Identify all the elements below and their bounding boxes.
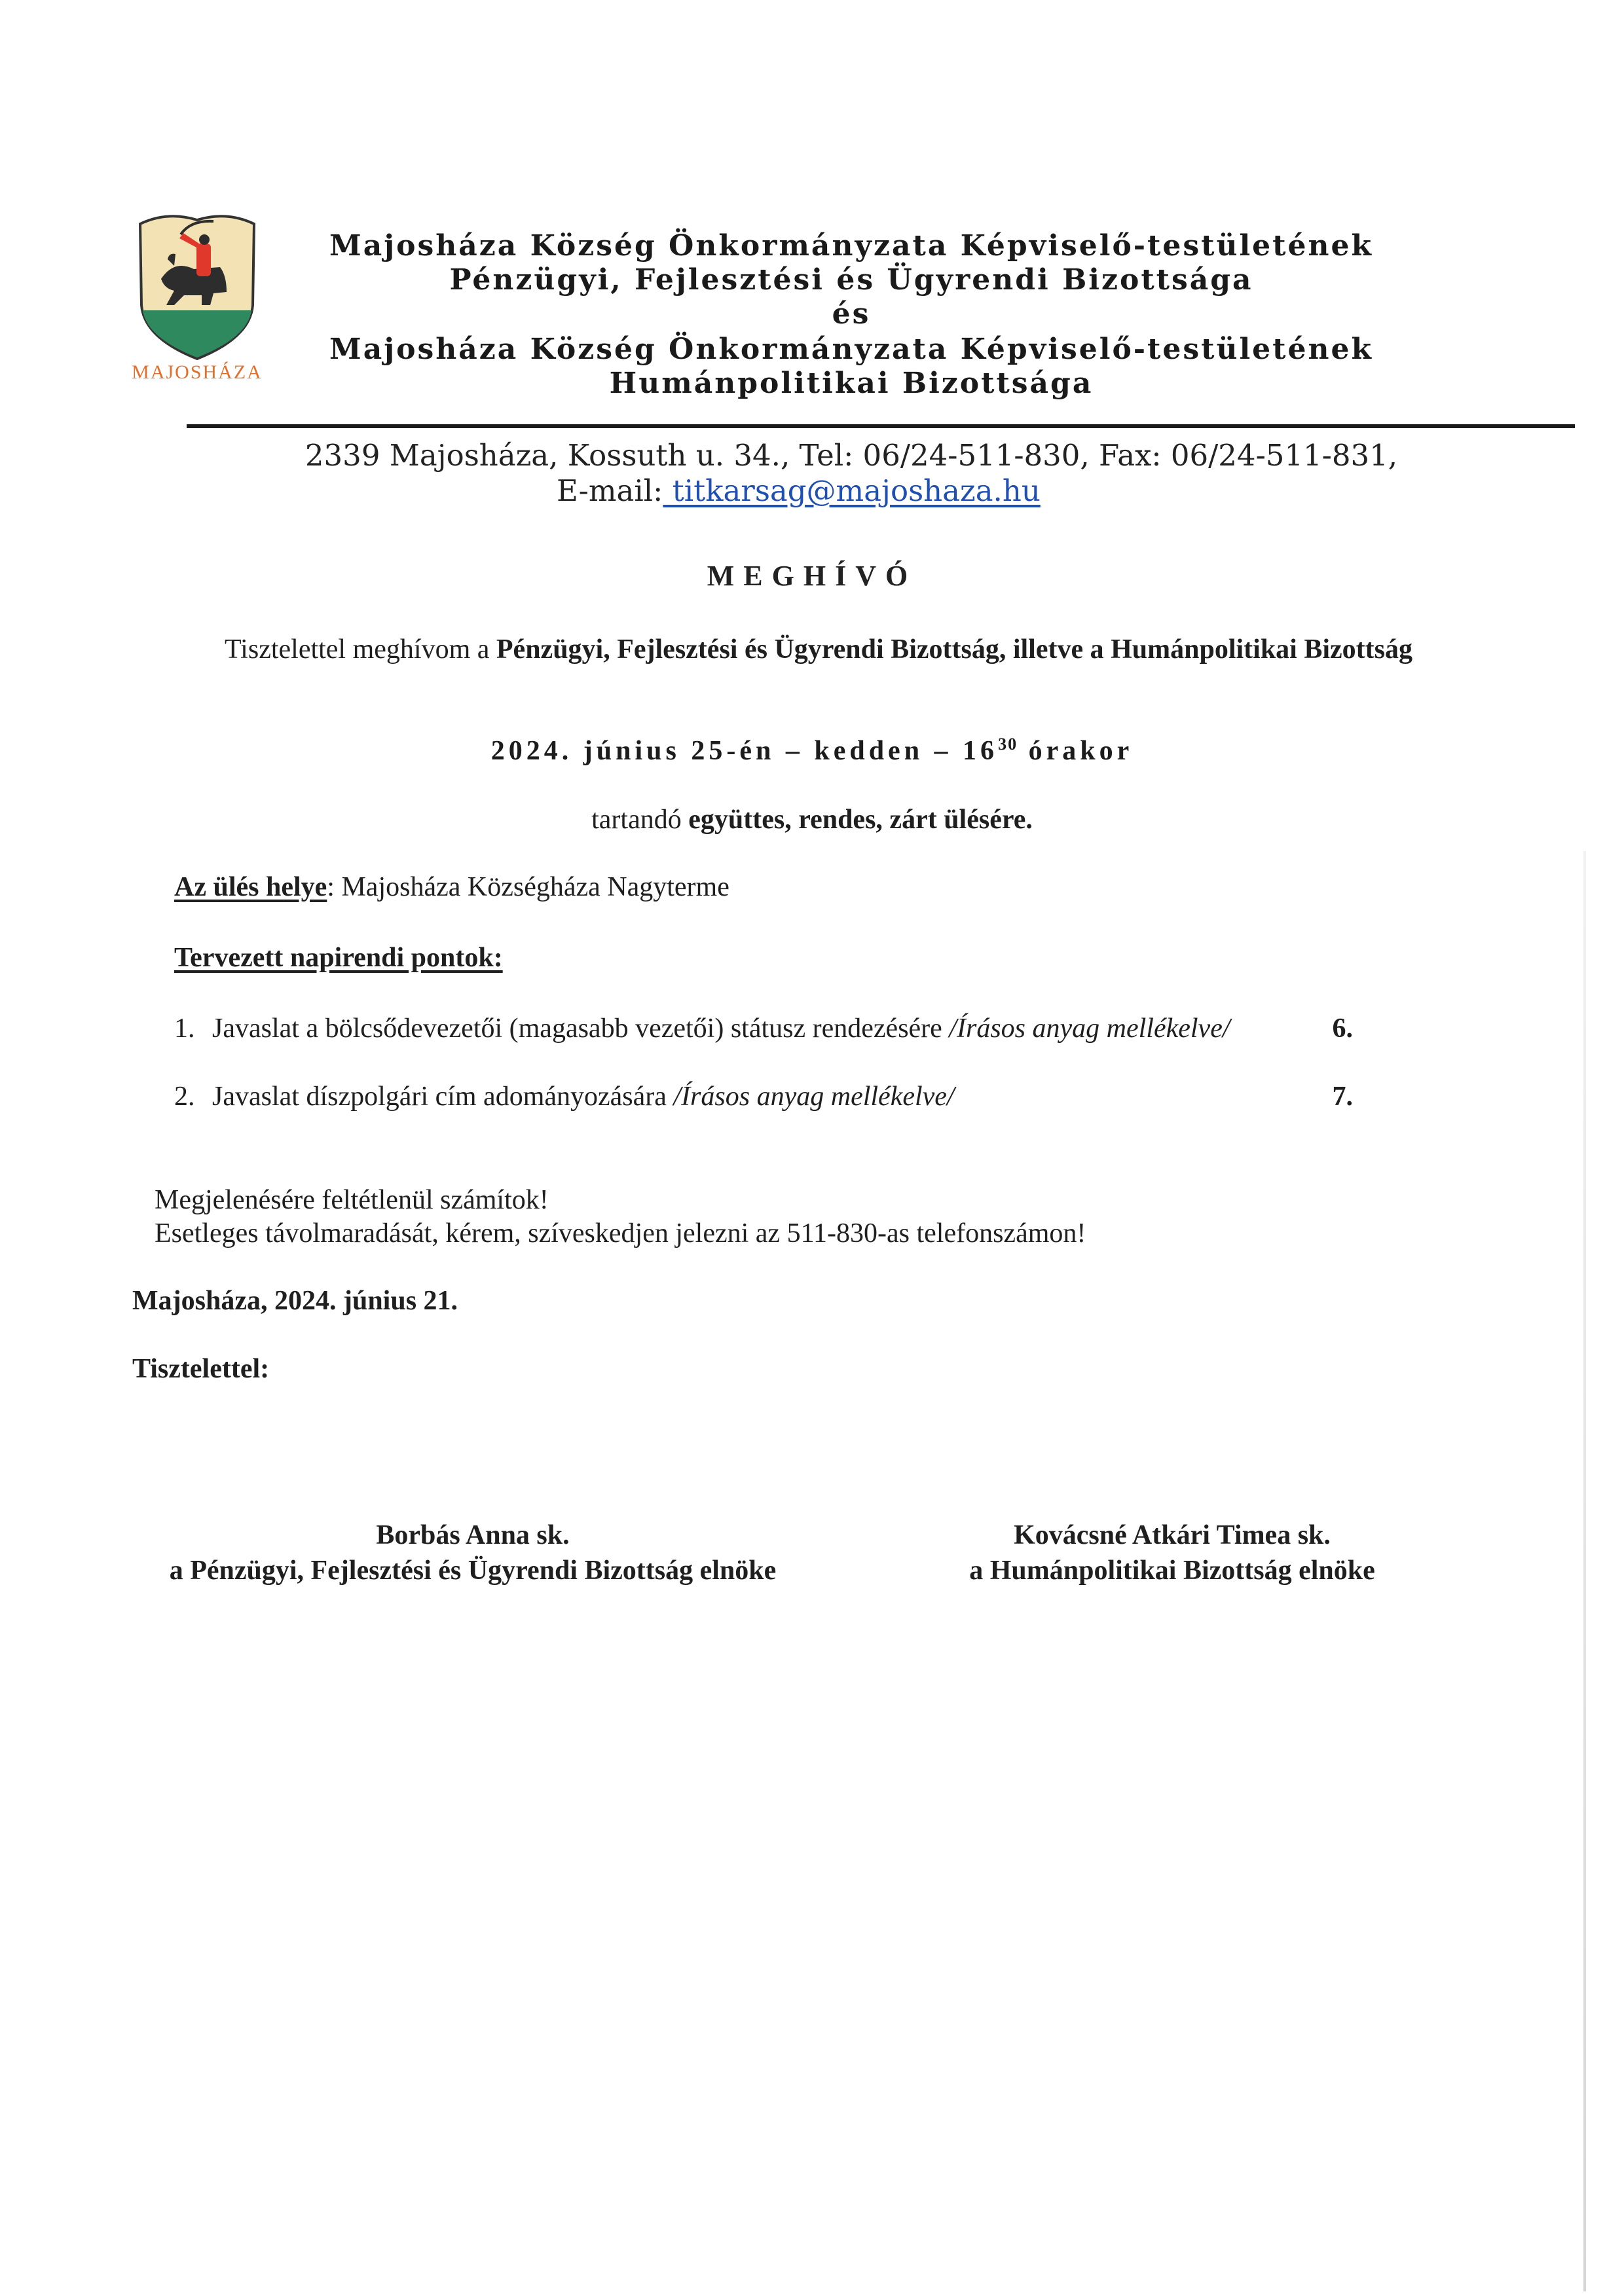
- header-council-line-1: Majosháza Község Önkormányzata Képviselő…: [288, 229, 1414, 263]
- agenda-page: 6.: [1333, 1011, 1354, 1046]
- attendance-notice: Megjelenésére feltétlenül számítok!: [155, 1182, 549, 1218]
- scan-edge-artifact: [1583, 851, 1586, 2291]
- email-label: E-mail:: [557, 473, 663, 508]
- session-prefix: tartandó: [591, 805, 688, 835]
- meeting-venue: Az ülés helye: Majosháza Községháza Nagy…: [174, 869, 729, 905]
- session-type: tartandó együttes, rendes, zárt ülésére.: [0, 802, 1624, 837]
- venue-value: : Majosháza Községháza Nagyterme: [327, 872, 729, 902]
- signatory-name: Kovácsné Atkári Timea sk.: [910, 1518, 1434, 1553]
- agenda-page: 7.: [1333, 1079, 1354, 1114]
- meeting-datetime: 2024. június 25-én – kedden – 1630 órako…: [0, 735, 1624, 767]
- agenda-number: 1.: [174, 1011, 212, 1046]
- email-link[interactable]: titkarsag@majoshaza.hu: [663, 473, 1040, 508]
- header-divider: [187, 424, 1575, 428]
- agenda-text: Javaslat díszpolgári cím adományozására: [212, 1082, 673, 1112]
- invitation-intro: Tisztelettel meghívom a Pénzügyi, Fejles…: [196, 632, 1441, 667]
- header-committee-finance: Pénzügyi, Fejlesztési és Ügyrendi Bizott…: [288, 263, 1414, 297]
- venue-label: Az ülés helye: [174, 872, 327, 902]
- agenda-text: Javaslat a bölcsődevezetői (magasabb vez…: [212, 1013, 949, 1044]
- contact-address: 2339 Majosháza, Kossuth u. 34., Tel: 06/…: [196, 437, 1506, 474]
- meeting-minutes: 30: [998, 735, 1018, 754]
- svg-text:MAJOSHÁZA: MAJOSHÁZA: [132, 361, 263, 382]
- header-committee-human: Humánpolitikai Bizottsága: [288, 367, 1414, 401]
- meeting-date: 2024. június 25-én – kedden – 16: [491, 736, 998, 766]
- meeting-time-suffix: órakor: [1018, 736, 1133, 766]
- agenda-note: /Írásos anyag mellékelve/: [949, 1013, 1230, 1044]
- agenda-heading: Tervezett napirendi pontok:: [174, 940, 503, 975]
- session-kind: együttes, rendes, zárt ülésére.: [688, 805, 1033, 835]
- document-title: MEGHÍVÓ: [0, 559, 1624, 592]
- place-and-date: Majosháza, 2024. június 21.: [132, 1283, 458, 1319]
- header-conjunction: és: [288, 297, 1414, 331]
- signature-block-human: Kovácsné Atkári Timea sk. a Humánpolitik…: [910, 1518, 1434, 1588]
- signatory-name: Borbás Anna sk.: [80, 1518, 866, 1553]
- intro-committees: Pénzügyi, Fejlesztési és Ügyrendi Bizott…: [496, 634, 1412, 665]
- intro-text: Tisztelettel meghívom a: [225, 634, 496, 665]
- closing-greeting: Tisztelettel:: [132, 1351, 269, 1387]
- agenda-number: 2.: [174, 1079, 212, 1114]
- header-council-line-2: Majosháza Község Önkormányzata Képviselő…: [288, 333, 1414, 367]
- crest-shield-icon: MAJOSHÁZA: [128, 207, 266, 382]
- contact-email-row: E-mail: titkarsag@majoshaza.hu: [557, 473, 1054, 509]
- municipal-crest: MAJOSHÁZA: [128, 207, 266, 382]
- signatory-role: a Humánpolitikai Bizottság elnöke: [910, 1553, 1434, 1588]
- signatory-role: a Pénzügyi, Fejlesztési és Ügyrendi Bizo…: [80, 1553, 866, 1588]
- agenda-item: 2.Javaslat díszpolgári cím adományozásár…: [174, 1079, 1353, 1114]
- agenda-note: /Írásos anyag mellékelve/: [673, 1082, 954, 1112]
- signature-block-finance: Borbás Anna sk. a Pénzügyi, Fejlesztési …: [80, 1518, 866, 1588]
- absence-notice: Esetleges távolmaradását, kérem, szívesk…: [155, 1216, 1086, 1251]
- agenda-item: 1.Javaslat a bölcsődevezetői (magasabb v…: [174, 1011, 1353, 1046]
